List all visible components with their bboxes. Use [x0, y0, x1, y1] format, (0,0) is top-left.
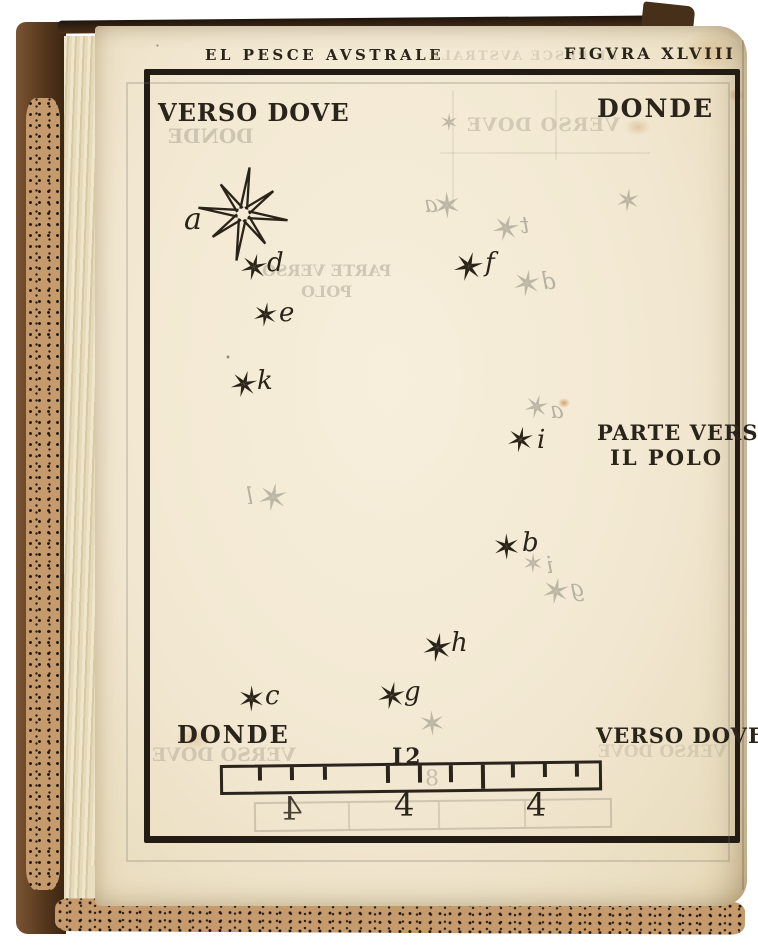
scale-tick	[511, 764, 515, 777]
figure-number: FIGVRA XLVIII	[564, 44, 736, 63]
speckled-fore-edge	[26, 98, 60, 890]
bleedthrough-text: PARTE VERSOPOLO	[262, 260, 391, 302]
scale-tick	[258, 767, 262, 780]
gutter-crease	[742, 40, 744, 890]
bleedthrough-bottom-right: VERSO DOVE	[598, 742, 727, 762]
bleedthrough-bottom-left: VERSO DOVE	[152, 744, 296, 766]
bleedthrough-scale-bar	[254, 798, 612, 832]
pole-label-line1: PARTE VERSO	[597, 420, 758, 445]
scale-tick	[575, 764, 579, 777]
bleedthrough-top-right: VERSO DOVE	[466, 114, 620, 136]
bleedthrough-text: VERSO DOVE	[598, 742, 727, 762]
big-star-a	[193, 164, 293, 264]
bleedthrough-text: DONDE	[168, 124, 254, 148]
running-title: EL PESCE AVSTRALE	[205, 46, 444, 64]
bleedthrough-grid-line	[440, 152, 650, 154]
bleedthrough-divider	[348, 803, 350, 829]
scale-number: 4	[394, 789, 414, 821]
scale-tick	[386, 766, 390, 783]
scale-number: 4	[526, 789, 546, 821]
mirrored-digit: 4	[282, 793, 302, 825]
big-star-letter: a	[184, 202, 202, 237]
label-top-left: VERSO DOVE	[158, 98, 350, 127]
bleedthrough-top-left: DONDE	[168, 124, 254, 148]
scale-tick	[418, 766, 422, 783]
scale-tick	[543, 764, 547, 777]
pole-label-line2: IL POLO	[610, 445, 723, 470]
scale-number-mirrored: 4	[282, 793, 302, 825]
bleedthrough-number: 8	[425, 766, 439, 791]
scale-tick	[290, 767, 294, 780]
bleedthrough-grid-line	[452, 90, 454, 210]
bleedthrough-divider	[438, 802, 440, 828]
scale-tick	[449, 765, 453, 782]
scale-tick	[323, 767, 327, 780]
bleedthrough-text: VERSO DOVE	[152, 744, 296, 766]
bleedthrough-text: VERSO DOVE	[466, 114, 620, 136]
bleedthrough-pole-label: PARTE VERSOPOLO	[262, 260, 391, 302]
scale-divider	[481, 765, 485, 789]
